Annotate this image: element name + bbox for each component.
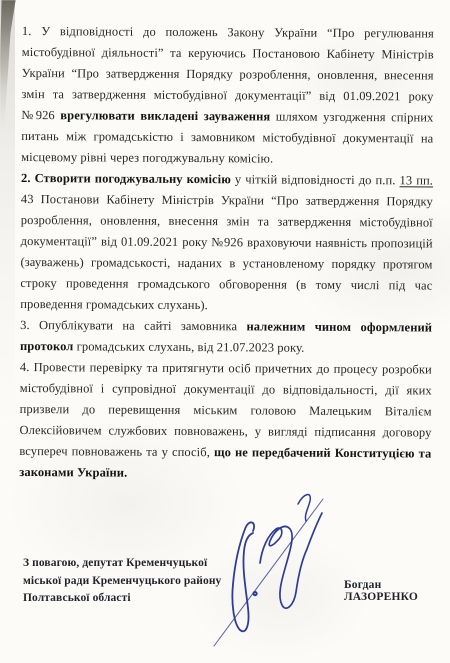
signatory-name: Богдан ЛАЗОРЕНКО bbox=[344, 579, 450, 603]
paragraph-2-bold-directive: 2. Створити погоджувальну комісію bbox=[21, 171, 231, 186]
paragraph-1: 1. У відповідності до положень Закону Ук… bbox=[21, 21, 434, 171]
paragraph-4: 4. Провести перевірку та притягнути осіб… bbox=[19, 357, 432, 486]
paragraph-3: 3. Опублікувати на сайті замовника належ… bbox=[20, 315, 432, 360]
paragraph-3-text-end: громадських слухань, від 21.07.2023 року… bbox=[73, 339, 304, 354]
paragraph-2: 2. Створити погоджувальну комісію у чітк… bbox=[20, 168, 433, 318]
document-body: 1. У відповідності до положень Закону Ук… bbox=[19, 21, 434, 486]
handwritten-signature bbox=[198, 489, 333, 651]
scan-edge-shadow bbox=[0, 0, 15, 430]
paragraph-1-bold-directive: врегулювати викладені зауваження bbox=[60, 108, 270, 123]
signature-ink-strokes bbox=[214, 495, 323, 646]
paragraph-2-text: у чіткій відповідності до п.п. bbox=[231, 172, 400, 187]
paragraph-2-text-end: 43 Постанови Кабінету Міністрів України … bbox=[20, 192, 433, 312]
paragraph-3-text: 3. Опублікувати на сайті замовника bbox=[20, 318, 246, 333]
paragraph-2-underlined-reference: 13 пп. bbox=[399, 173, 433, 187]
scanned-document-page: 1. У відповідності до положень Закону Ук… bbox=[0, 0, 450, 663]
